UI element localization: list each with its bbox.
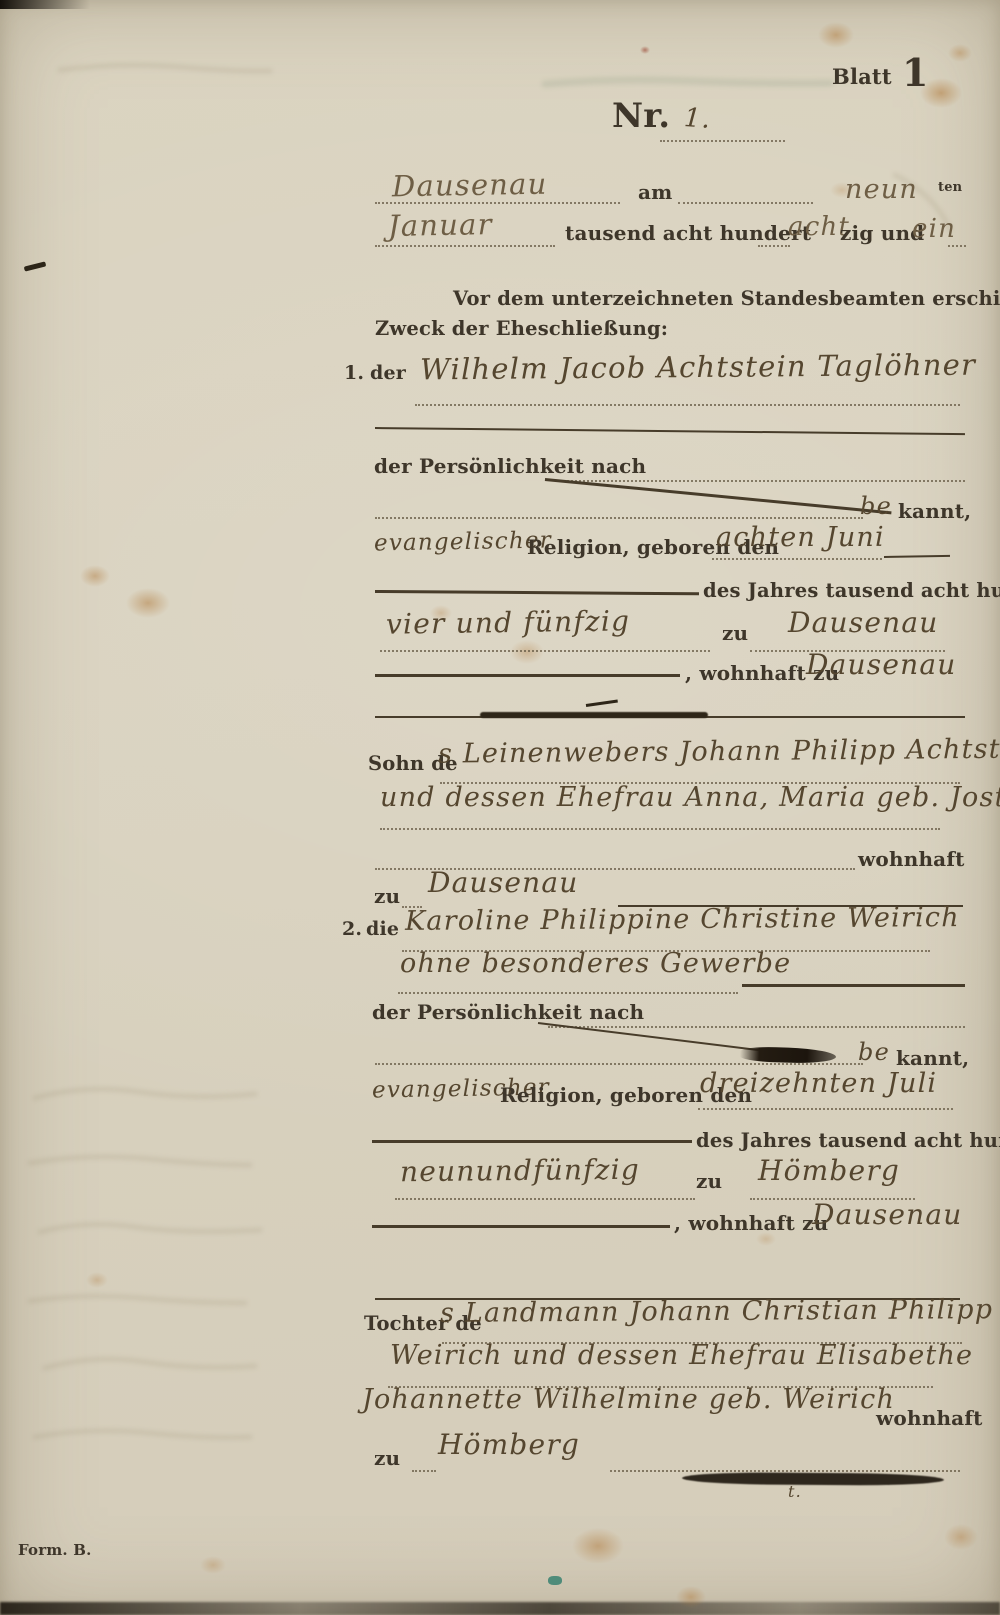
groom-parents-residence: Dausenau	[428, 866, 578, 899]
groom-identity-label: der Persönlichkeit nach	[374, 454, 646, 478]
bride-article: die	[366, 918, 399, 940]
bride-index: 2.	[342, 918, 362, 940]
foxing-spot	[510, 640, 544, 664]
groom-index: 1.	[344, 362, 364, 384]
bride-residence: Dausenau	[812, 1198, 962, 1231]
groom-parents-line2: und dessen Ehefrau Anna, Maria geb. Jost	[380, 782, 1000, 813]
dotted-line	[380, 650, 710, 652]
ink-smudge	[480, 712, 708, 718]
scan-edge-bottom	[0, 1602, 1000, 1615]
foxing-spot	[200, 1556, 226, 1574]
stray-pen-mark: t.	[788, 1482, 802, 1501]
strike-line	[375, 427, 965, 435]
bride-parents-line1: s Landmann Johann Christian Philipp	[440, 1294, 993, 1329]
dotted-line	[415, 404, 960, 406]
record-number-value: 1.	[683, 103, 712, 135]
dotted-line	[375, 517, 863, 519]
dotted-line	[758, 245, 790, 247]
dotted-line	[412, 1470, 436, 1472]
groom-wohnhaft-label: wohnhaft	[858, 847, 965, 871]
dotted-line	[678, 202, 813, 204]
foxing-spot	[572, 1528, 624, 1564]
foxing-spot	[80, 565, 110, 587]
ink-blot	[740, 1046, 836, 1064]
groom-known-written: be	[860, 492, 892, 520]
strike-line	[884, 555, 950, 558]
bride-parent-zu-label: zu	[374, 1446, 400, 1470]
dotted-line	[698, 1108, 953, 1110]
pen-stroke-diagonal	[545, 478, 892, 514]
groom-name: Wilhelm Jacob Achtstein Taglöhner	[420, 348, 976, 387]
bride-identity-label: der Persönlichkeit nach	[372, 1000, 644, 1024]
groom-parent-zu-label: zu	[374, 884, 400, 908]
strike-line	[375, 674, 680, 677]
bride-birth-day: dreizehnten Juli	[700, 1068, 937, 1099]
intro-line-2: Zweck der Eheschließung:	[375, 317, 668, 340]
bride-name: Karoline Philippine Christine Weirich	[405, 902, 960, 937]
bride-parents-residence: Hömberg	[438, 1428, 580, 1461]
bride-occupation: ohne besonderes Gewerbe	[400, 948, 791, 979]
groom-residence: Dausenau	[806, 648, 956, 681]
dotted-line	[380, 828, 940, 830]
dotted-line	[375, 1063, 863, 1065]
ink-speck	[586, 700, 618, 707]
sheet-label: Blatt	[832, 64, 892, 89]
foxing-spot	[818, 22, 854, 48]
foxing-spot	[676, 1586, 706, 1608]
strike-line	[372, 1140, 692, 1143]
dotted-line	[398, 992, 738, 994]
year-written-one: ein	[912, 214, 956, 244]
foxing-spot	[86, 1272, 108, 1288]
scan-edge-top-left	[0, 0, 90, 9]
groom-religion-written: evangelischer	[374, 527, 552, 556]
bride-parents-line3: Johannette Wilhelmine geb. Weirich	[362, 1384, 895, 1415]
dateline-month: Januar	[388, 207, 493, 243]
groom-birth-year: vier und fünfzig	[386, 604, 631, 640]
foxing-spot	[948, 44, 972, 62]
foxing-spot	[126, 588, 170, 618]
dateline-place: Dausenau	[392, 167, 548, 204]
am-label: am	[638, 180, 673, 204]
document-page: Blatt 1 Nr. 1. Dausenau am neun ten Janu…	[0, 0, 1000, 1615]
bride-zu-label: zu	[696, 1169, 722, 1193]
bride-year-label: des Jahres tausend acht hundert	[696, 1129, 1000, 1152]
dotted-line	[548, 1026, 965, 1028]
bride-birth-year: neunundfünfzig	[400, 1153, 640, 1189]
dateline-day: neun	[845, 174, 918, 205]
bride-wohnhaft-zu-label: , wohnhaft zu	[674, 1211, 828, 1235]
bride-parents-line2: Weirich und dessen Ehefrau Elisabethe	[390, 1340, 973, 1371]
bride-wohnhaft-label: wohnhaft	[876, 1406, 983, 1430]
strike-line	[742, 984, 965, 987]
dotted-line	[712, 558, 882, 560]
margin-ink-tick	[24, 261, 47, 271]
foxing-spot	[944, 1524, 978, 1550]
foxing-spot	[640, 46, 650, 54]
groom-known-label: kannt,	[898, 499, 971, 523]
bride-known-written: be	[858, 1038, 890, 1066]
dotted-line	[556, 480, 965, 482]
groom-zu-label: zu	[722, 621, 748, 645]
year-prefix-label: tausend acht hundert	[565, 221, 811, 245]
intro-line-1: Vor dem unterzeichneten Standesbeamten e…	[453, 287, 1000, 310]
dotted-line	[948, 245, 966, 247]
bride-known-label: kannt,	[896, 1046, 969, 1070]
day-suffix-label: ten	[938, 180, 962, 195]
groom-year-label: des Jahres tausend acht hundert	[703, 579, 1000, 602]
strike-line	[375, 590, 699, 595]
groom-parents-line1: s Leinenwebers Johann Philipp Achtstein	[438, 733, 1000, 769]
dotted-line	[660, 140, 785, 142]
groom-birth-day: achten Juni	[716, 522, 885, 553]
ink-smear	[682, 1472, 944, 1486]
form-label: Form. B.	[18, 1541, 92, 1559]
groom-article: der	[370, 362, 406, 384]
bride-birth-place: Hömberg	[758, 1154, 900, 1187]
record-number-label: Nr.	[612, 96, 670, 136]
dotted-line	[375, 245, 555, 247]
strike-line	[372, 1225, 670, 1228]
dotted-line	[395, 1198, 695, 1200]
sheet-number: 1	[902, 50, 929, 95]
groom-birth-place: Dausenau	[788, 606, 938, 639]
teal-stamp-fragment	[548, 1576, 562, 1585]
dotted-line	[610, 1470, 960, 1472]
